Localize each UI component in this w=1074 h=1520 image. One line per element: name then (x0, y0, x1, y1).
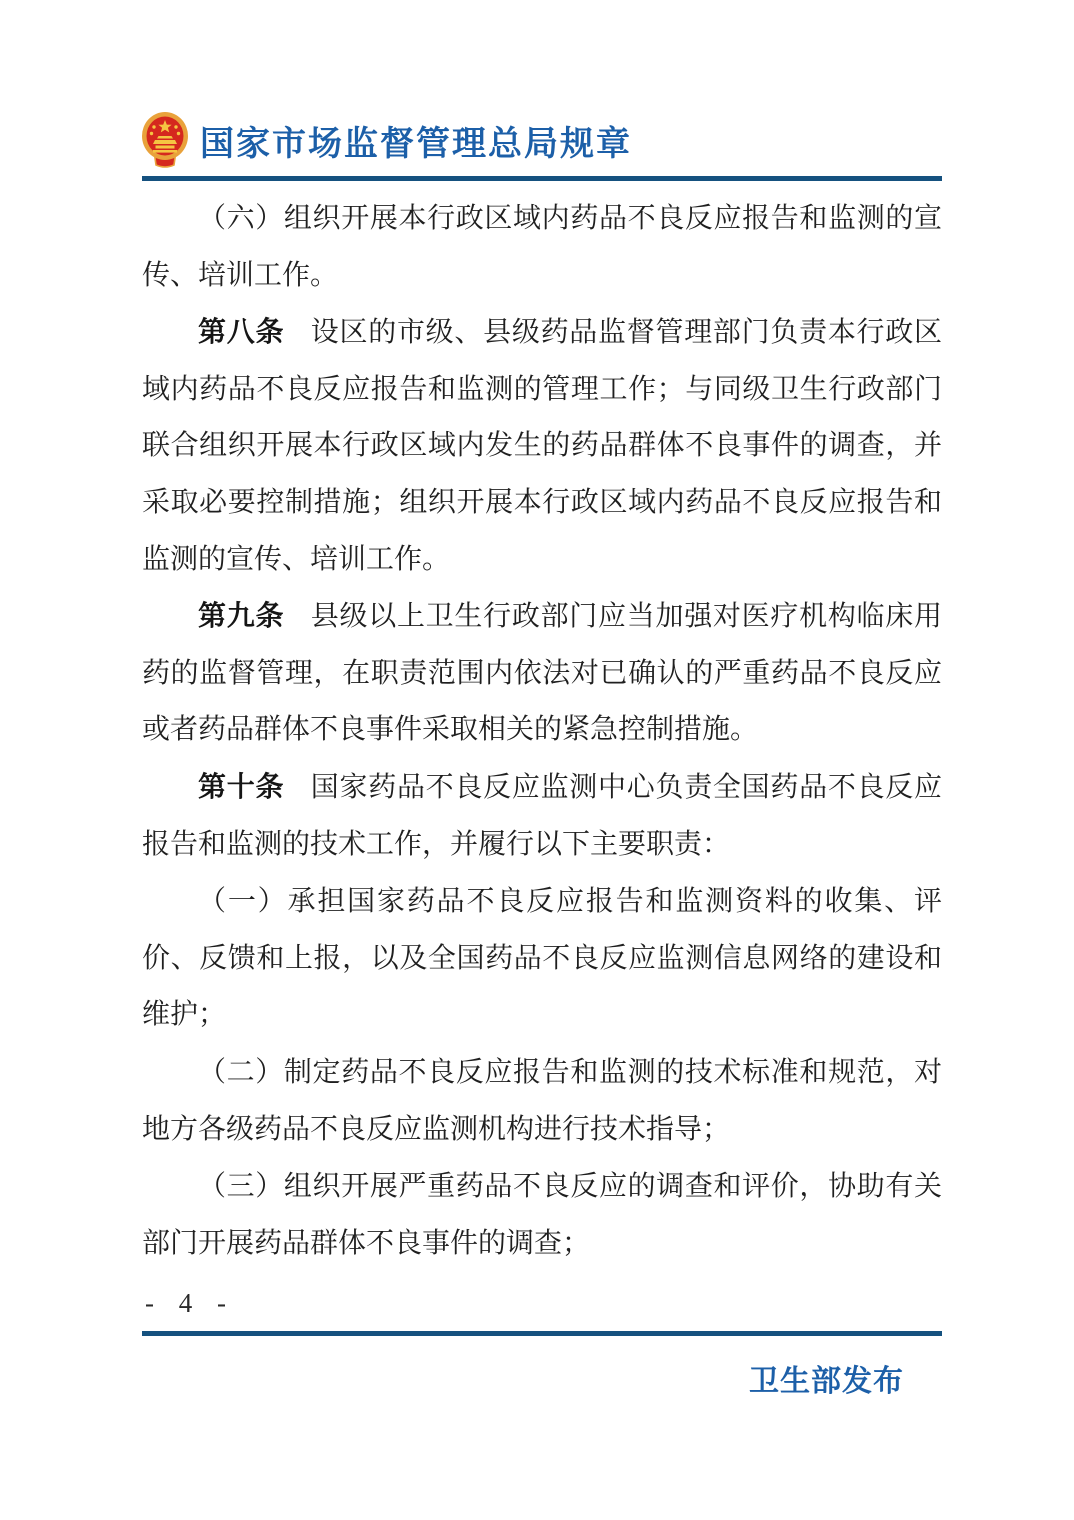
article-8-label: 第八条 (198, 316, 284, 347)
article-10: 第十条国家药品不良反应监测中心负责全国药品不良反应报告和监测的技术工作，并履行以… (142, 759, 942, 873)
page-header: 国家市场监督管理总局规章 (140, 110, 632, 170)
article-9-label: 第九条 (198, 600, 284, 631)
clause-6-text: （六）组织开展本行政区域内药品不良反应报告和监测的宣传、培训工作。 (142, 203, 942, 291)
item-3-text: （三）组织开展严重药品不良反应的调查和评价，协助有关部门开展药品群体不良事件的调… (142, 1171, 942, 1259)
item-2-text: （二）制定药品不良反应报告和监测的技术标准和规范，对地方各级药品不良反应监测机构… (142, 1057, 942, 1145)
document-body: （六）组织开展本行政区域内药品不良反应报告和监测的宣传、培训工作。 第八条设区的… (142, 190, 942, 1272)
article-8: 第八条设区的市级、县级药品监督管理部门负责本行政区域内药品不良反应报告和监测的管… (142, 304, 942, 588)
publisher-label: 卫生部发布 (142, 1356, 942, 1400)
article-8-text: 设区的市级、县级药品监督管理部门负责本行政区域内药品不良反应报告和监测的管理工作… (142, 317, 942, 574)
item-1-text: （一）承担国家药品不良反应报告和监测资料的收集、评价、反馈和上报，以及全国药品不… (142, 886, 942, 1030)
article-10-label: 第十条 (198, 771, 284, 802)
item-3: （三）组织开展严重药品不良反应的调查和评价，协助有关部门开展药品群体不良事件的调… (142, 1158, 942, 1272)
item-1: （一）承担国家药品不良反应报告和监测资料的收集、评价、反馈和上报，以及全国药品不… (142, 873, 942, 1044)
page-number: - 4 - (145, 1288, 235, 1319)
article-9: 第九条县级以上卫生行政部门应当加强对医疗机构临床用药的监督管理，在职责范围内依法… (142, 588, 942, 759)
item-2: （二）制定药品不良反应报告和监测的技术标准和规范，对地方各级药品不良反应监测机构… (142, 1044, 942, 1158)
china-national-emblem-icon (140, 111, 190, 169)
clause-6: （六）组织开展本行政区域内药品不良反应报告和监测的宣传、培训工作。 (142, 190, 942, 304)
header-rule (142, 176, 942, 181)
footer-rule (142, 1331, 942, 1336)
page-title: 国家市场监督管理总局规章 (200, 116, 632, 165)
